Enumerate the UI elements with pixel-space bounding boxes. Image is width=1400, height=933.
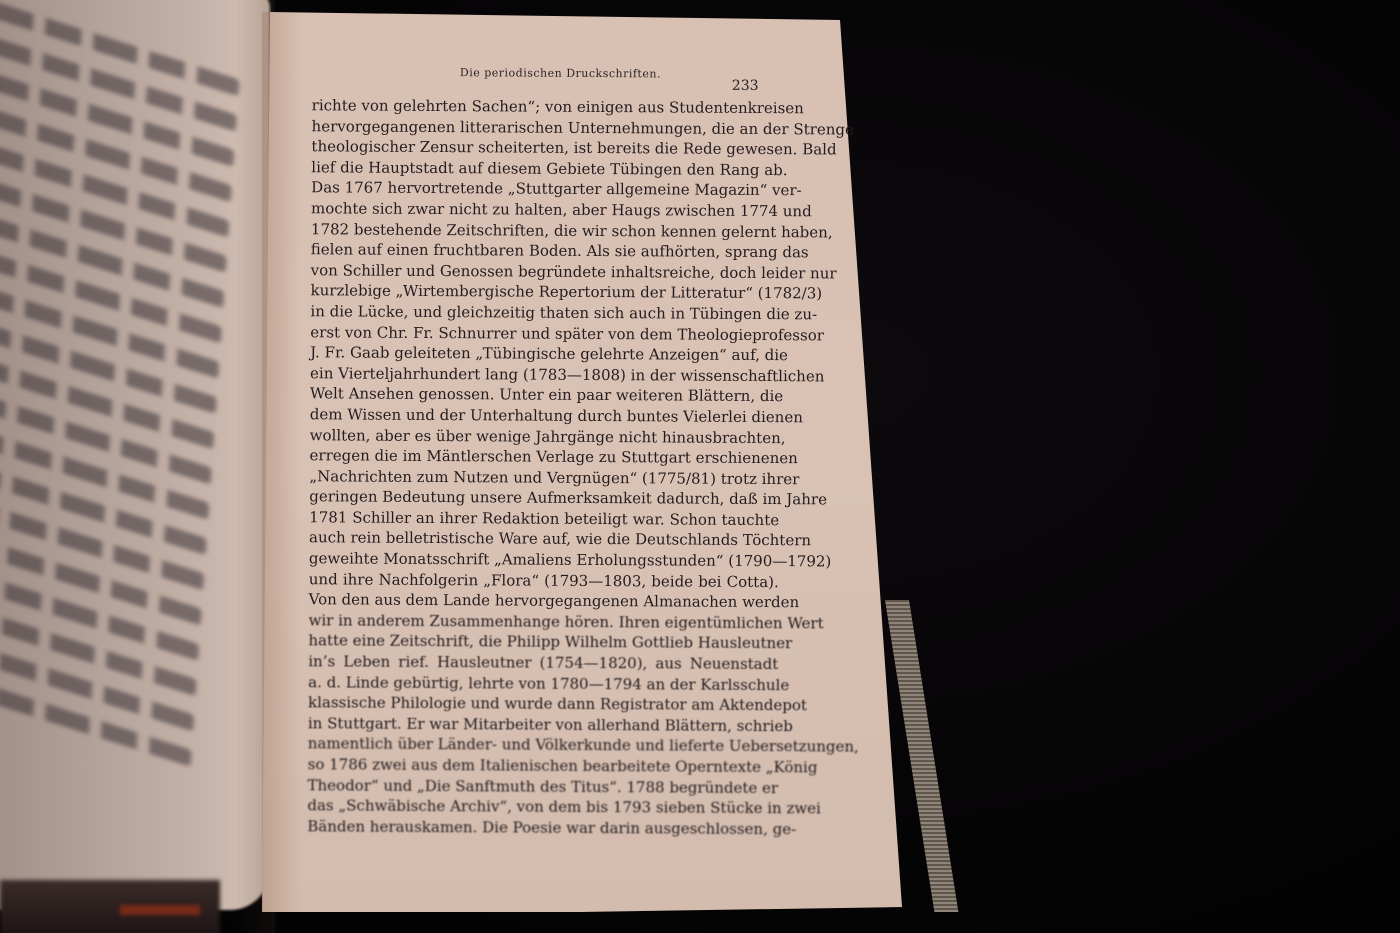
text-line: richte von gelehrten Sachen“; von einige… [270, 95, 782, 119]
running-head: Die periodischen Druckschriften. 233 [270, 55, 800, 88]
text-line: fielen auf einen fruchtbaren Boden. Als … [269, 239, 781, 263]
photo-scene: Die periodischen Druckschriften. 233 ric… [0, 0, 1400, 933]
running-title: Die periodischen Druckschriften. [460, 66, 661, 80]
text-line: erregen die im Mäntlerschen Verlage zu S… [267, 445, 779, 469]
text-line: geweihte Monatsschrift „Amaliens Erholun… [267, 548, 779, 572]
left-page-blurred [0, 0, 270, 910]
bookmark-ribbon [120, 905, 200, 915]
page-number: 233 [732, 78, 759, 94]
text-line: dem Wissen und der Unterhaltung durch bu… [268, 404, 780, 428]
text-line: theologischer Zensur scheiterten, ist be… [269, 136, 781, 160]
right-page-content: Die periodischen Druckschriften. 233 ric… [265, 55, 800, 840]
text-line: in die Lücke, und gleichzeitig thaten si… [268, 301, 780, 325]
text-line: J. Fr. Gaab geleiteten „Tübingische gele… [268, 342, 780, 366]
text-line: Bänden herauskamen. Die Poesie war darin… [265, 816, 777, 840]
left-page-text-blur [0, 0, 239, 785]
text-line: mochte sich zwar nicht zu halten, aber H… [269, 198, 781, 222]
body-text: richte von gelehrten Sachen“; von einige… [265, 95, 800, 840]
text-line: geringen Bedeutung unsere Aufmerksamkeit… [267, 486, 779, 510]
